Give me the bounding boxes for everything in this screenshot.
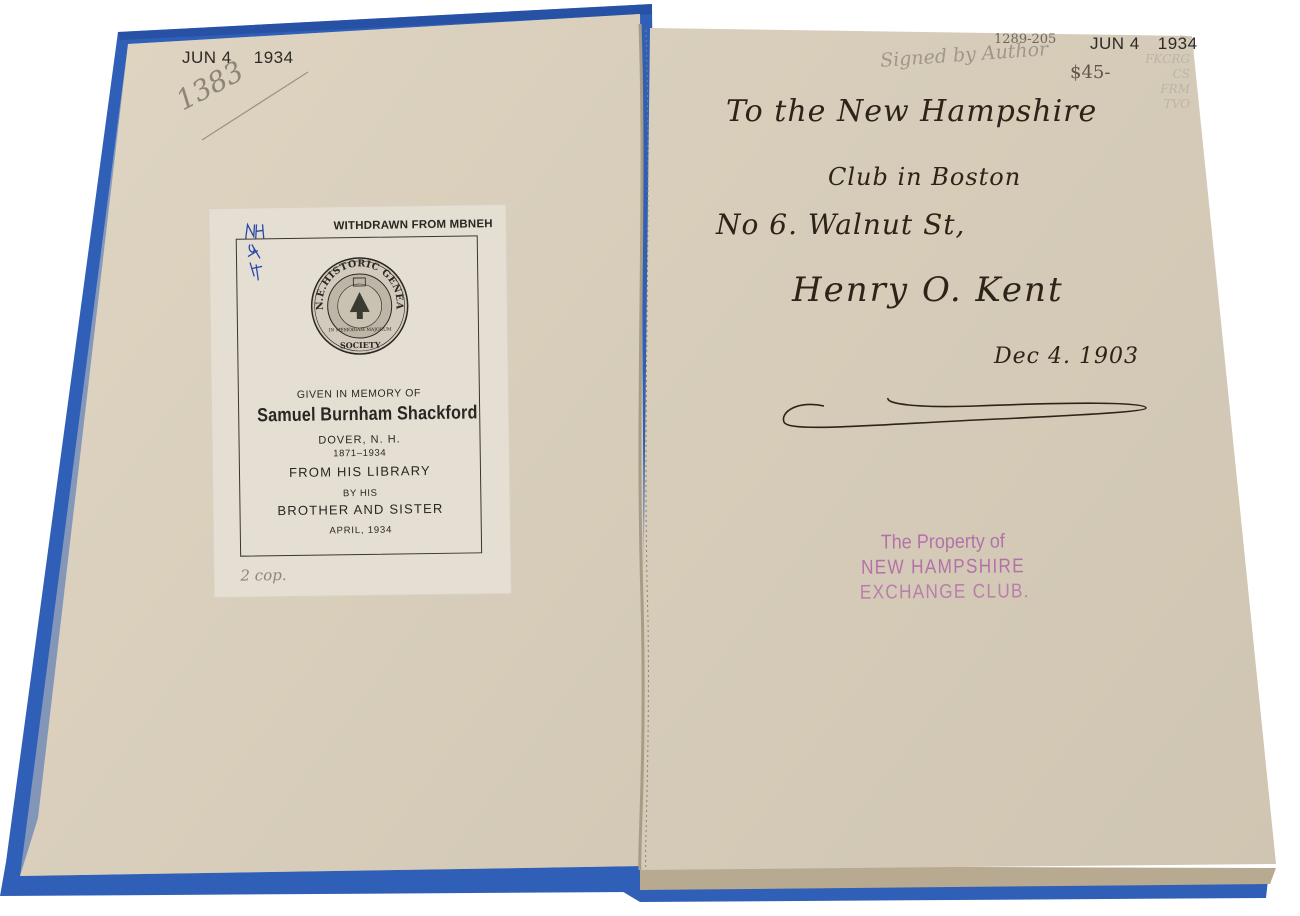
genealogical-society-seal-icon: N.E.HISTORIC GENEALOGICAL SOCIETY IN MEM… bbox=[309, 255, 410, 356]
property-stamp-line-2: NEW HAMPSHIRE bbox=[859, 554, 1026, 580]
withdrawn-stamp: WITHDRAWN FROM MBNEH bbox=[333, 218, 492, 232]
right-stamp-year: 1934 bbox=[1158, 34, 1198, 53]
author-signature: Henry O. Kent bbox=[792, 270, 1064, 310]
honoree-years: 1871–1934 bbox=[240, 446, 480, 460]
inscription-date: Dec 4. 1903 bbox=[994, 344, 1139, 369]
right-stamp-month-day: JUN 4 bbox=[1090, 34, 1140, 53]
property-stamp-line-1: The Property of bbox=[855, 529, 1030, 556]
faint-corner-notes: FKCRG CS FRM TVO bbox=[1100, 52, 1190, 112]
faint-note: FRM bbox=[1100, 82, 1190, 97]
bookplate-date: APRIL, 1934 bbox=[241, 523, 481, 537]
bookplate-frame: N.E.HISTORIC GENEALOGICAL SOCIETY IN MEM… bbox=[236, 235, 482, 556]
left-stamp-year: 1934 bbox=[254, 48, 294, 67]
faint-note: TVO bbox=[1100, 97, 1190, 112]
given-in-memory-label: GIVEN IN MEMORY OF bbox=[239, 386, 479, 401]
honoree-place: DOVER, N. H. bbox=[239, 432, 479, 447]
by-his-label: BY HIS bbox=[240, 486, 480, 500]
right-date-stamp: JUN 41934 bbox=[1090, 34, 1198, 54]
svg-text:SOCIETY: SOCIETY bbox=[340, 340, 381, 351]
honoree-name: Samuel Burnham Shackford bbox=[257, 403, 461, 428]
copies-pencil-note: 2 cop. bbox=[240, 566, 286, 585]
inscription-line-2: Club in Boston bbox=[828, 163, 1021, 191]
bookplate: WITHDRAWN FROM MBNEH N.E.HISTORIC GENEAL… bbox=[209, 205, 510, 597]
faint-note: FKCRG bbox=[1100, 52, 1190, 67]
svg-text:IN MEMORIAM MAJORUM: IN MEMORIAM MAJORUM bbox=[329, 327, 392, 334]
right-page-block bbox=[0, 0, 1300, 916]
property-stamp-line-3: EXCHANGE CLUB. bbox=[860, 579, 1027, 605]
inscription-line-3: No 6. Walnut St, bbox=[716, 208, 965, 241]
property-stamp: The Property of NEW HAMPSHIRE EXCHANGE C… bbox=[846, 529, 1041, 606]
signature-flourish bbox=[776, 390, 1156, 440]
donors-label: BROTHER AND SISTER bbox=[240, 500, 480, 518]
faint-note: CS bbox=[1100, 67, 1190, 82]
from-library-label: FROM HIS LIBRARY bbox=[240, 462, 480, 480]
page-block-shape bbox=[0, 0, 1300, 916]
inscription-line-1: To the New Hampshire bbox=[726, 94, 1097, 129]
